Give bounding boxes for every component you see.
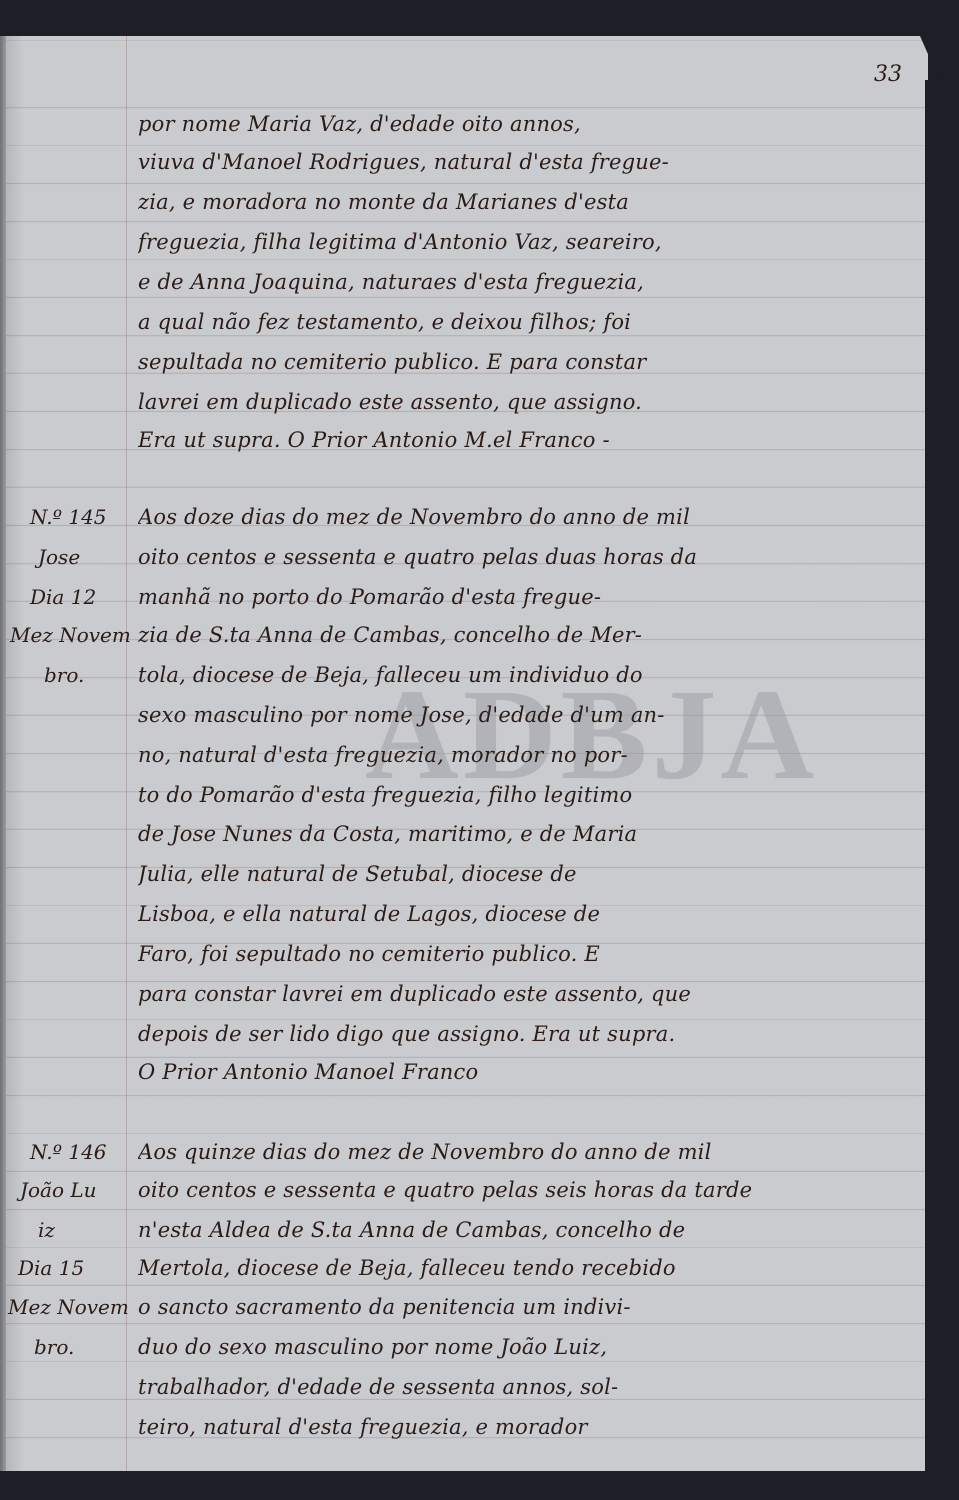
torn-page-corner xyxy=(920,36,942,86)
text-line: n'esta Aldea de S.ta Anna de Cambas, con… xyxy=(138,1218,908,1242)
margin-rule xyxy=(126,36,127,1471)
text-line: Aos doze dias do mez de Novembro do anno… xyxy=(138,505,908,529)
text-line: zia de S.ta Anna de Cambas, concelho de … xyxy=(138,623,908,647)
text-line: Julia, elle natural de Setubal, diocese … xyxy=(138,862,908,886)
entry-number: N.º 146 xyxy=(30,1140,130,1164)
signature-line: Era ut supra. O Prior Antonio M.el Franc… xyxy=(138,428,908,452)
entry-month-cont: bro. xyxy=(44,663,144,687)
deceased-name: João Lu xyxy=(20,1178,120,1202)
text-line: lavrei em duplicado este assento, que as… xyxy=(138,390,908,414)
entry-day: Dia 12 xyxy=(30,585,130,609)
text-line: sexo masculino por nome Jose, d'edade d'… xyxy=(138,703,908,727)
text-line: duo do sexo masculino por nome João Luiz… xyxy=(138,1335,908,1359)
text-line: a qual não fez testamento, e deixou filh… xyxy=(138,310,908,334)
text-line: Faro, foi sepultado no cemiterio publico… xyxy=(138,942,908,966)
text-line: trabalhador, d'edade de sessenta annos, … xyxy=(138,1375,908,1399)
text-line: oito centos e sessenta e quatro pelas se… xyxy=(138,1178,908,1202)
text-line: freguezia, filha legitima d'Antonio Vaz,… xyxy=(138,230,908,254)
entry-month: Mez Novem xyxy=(8,1295,108,1319)
entry-day: Dia 15 xyxy=(18,1256,118,1280)
entry-month: Mez Novem xyxy=(10,623,110,647)
signature-line: O Prior Antonio Manoel Franco xyxy=(138,1060,908,1084)
text-line: para constar lavrei em duplicado este as… xyxy=(138,982,908,1006)
text-line: viuva d'Manoel Rodrigues, natural d'esta… xyxy=(138,150,908,174)
text-line: teiro, natural d'esta freguezia, e morad… xyxy=(138,1415,908,1439)
deceased-name: Jose xyxy=(38,545,138,569)
text-line: e de Anna Joaquina, naturaes d'esta freg… xyxy=(138,270,908,294)
text-line: de Jose Nunes da Costa, maritimo, e de M… xyxy=(138,822,908,846)
text-line: zia, e moradora no monte da Marianes d'e… xyxy=(138,190,908,214)
text-line: o sancto sacramento da penitencia um ind… xyxy=(138,1295,908,1319)
text-line: tola, diocese de Beja, falleceu um indiv… xyxy=(138,663,908,687)
text-line: oito centos e sessenta e quatro pelas du… xyxy=(138,545,908,569)
entry-number: N.º 145 xyxy=(30,505,130,529)
text-line: Mertola, diocese de Beja, falleceu tendo… xyxy=(138,1256,908,1280)
text-line: Lisboa, e ella natural de Lagos, diocese… xyxy=(138,902,908,926)
background-edge xyxy=(925,80,959,1500)
entry-month-cont: bro. xyxy=(34,1335,134,1359)
text-line: depois de ser lido digo que assigno. Era… xyxy=(138,1022,908,1046)
deceased-name-cont: iz xyxy=(38,1218,138,1242)
text-line: no, natural d'esta freguezia, morador no… xyxy=(138,743,908,767)
text-line: Aos quinze dias do mez de Novembro do an… xyxy=(138,1140,908,1164)
page-number: 33 xyxy=(874,62,902,87)
text-line: por nome Maria Vaz, d'edade oito annos, xyxy=(138,112,908,136)
text-line: to do Pomarão d'esta freguezia, filho le… xyxy=(138,783,908,807)
text-line: sepultada no cemiterio publico. E para c… xyxy=(138,350,908,374)
text-line: manhã no porto do Pomarão d'esta fregue- xyxy=(138,585,908,609)
